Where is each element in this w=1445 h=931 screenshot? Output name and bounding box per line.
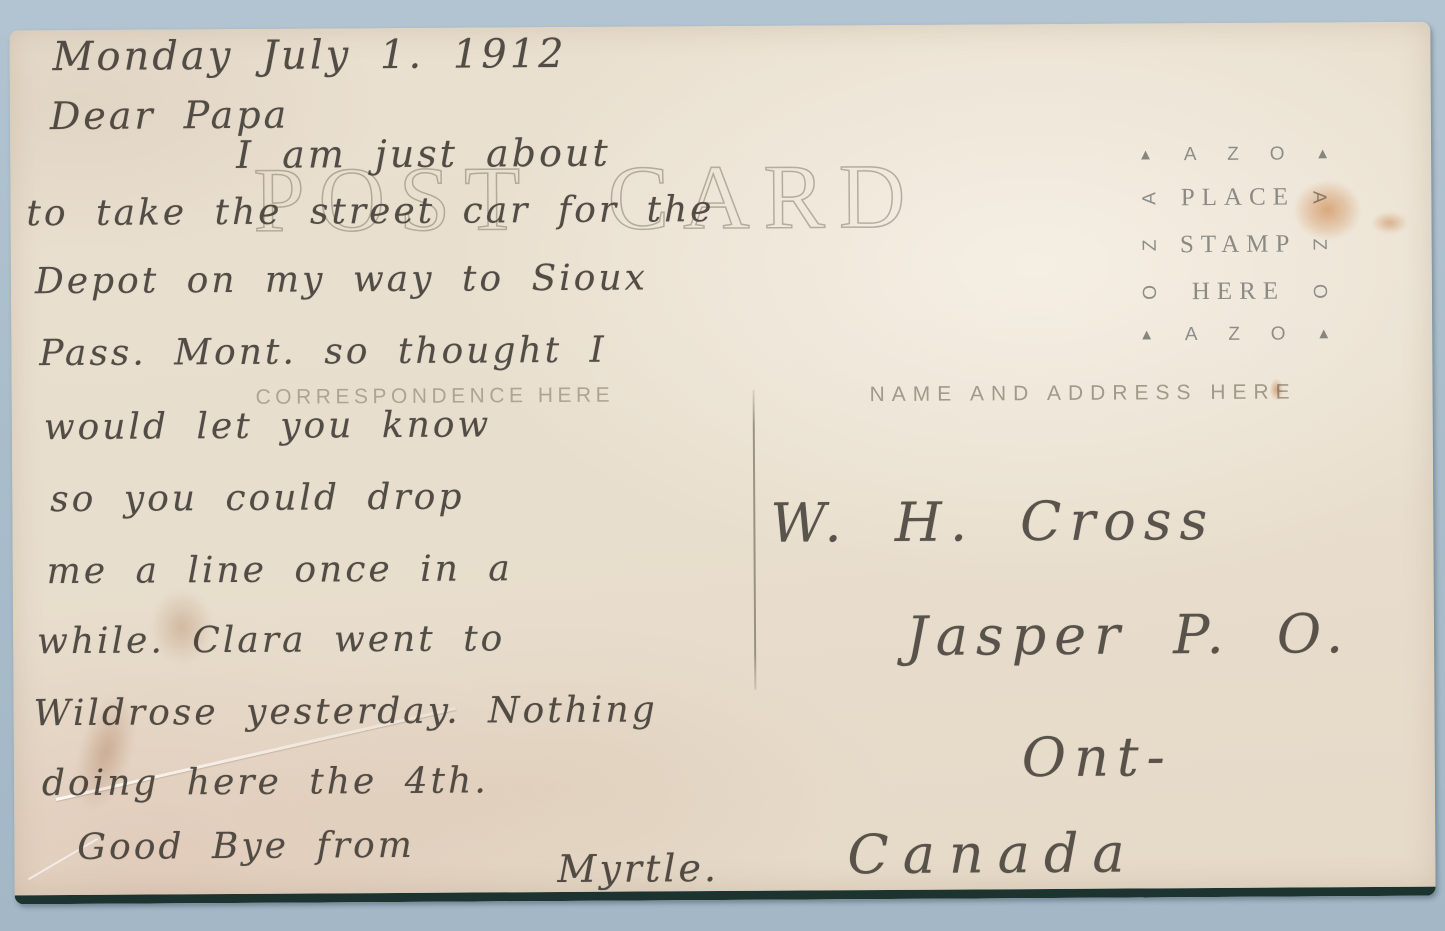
address-country: Canada [847, 821, 1139, 886]
handwritten-signature: Myrtle. [557, 846, 719, 891]
handwritten-message-line: to take the street car for the [26, 189, 714, 234]
handwritten-message-line: me a line once in a [47, 548, 513, 592]
handwritten-closing: Good Bye from [77, 825, 415, 868]
stamp-box-row-here: O HERE O [1137, 277, 1333, 306]
handwritten-message-line: doing here the 4th. [42, 760, 489, 804]
handwritten-message-line: would let you know [44, 404, 492, 448]
handwritten-message-line: Depot on my way to Sioux [35, 257, 648, 302]
place-stamp-here-word: HERE [1185, 278, 1285, 307]
triangle-icon: ▲ [1139, 325, 1154, 345]
azo-letter: Z [1228, 325, 1240, 345]
handwritten-message-line: Pass. Mont. so thought I [39, 330, 607, 374]
name-and-address-here-label: NAME AND ADDRESS HERE [870, 380, 1297, 407]
handwritten-message-line: Wildrose yesterday. Nothing [33, 689, 657, 734]
azo-letter: Z [1308, 232, 1330, 256]
azo-letter: A [1307, 185, 1329, 209]
azo-letter: O [1271, 325, 1286, 345]
azo-letter: O [1308, 279, 1330, 303]
azo-letter: O [1140, 280, 1162, 304]
address-post-office: Jasper P. O. [906, 602, 1351, 668]
scanned-postcard-image: POST CARD CORRESPONDENCE HERE NAME AND A… [0, 0, 1445, 931]
orange-stain-small [1371, 212, 1407, 234]
azo-stamp-box: ▲ A Z O ▲ A PLACE A Z STAMP Z O HERE O [1136, 144, 1333, 345]
azo-letter: A [1139, 186, 1161, 210]
handwritten-message-line: while. Clara went to [37, 618, 505, 662]
azo-letter: A [1184, 145, 1197, 165]
triangle-icon: ▲ [1316, 324, 1331, 344]
stamp-box-bottom-row: ▲ A Z O ▲ [1137, 324, 1333, 345]
message-address-divider-line [753, 390, 757, 690]
handwritten-message-line: so you could drop [50, 477, 464, 521]
azo-letter: O [1270, 145, 1285, 165]
place-stamp-here-word: PLACE [1174, 183, 1295, 212]
azo-letter: Z [1140, 233, 1162, 257]
azo-letter: Z [1227, 145, 1239, 165]
place-stamp-here-word: STAMP [1173, 230, 1297, 259]
address-province: Ont- [1022, 725, 1173, 789]
stamp-box-row-place: A PLACE A [1136, 183, 1332, 212]
handwritten-date-line: Monday July 1. 1912 [52, 31, 566, 80]
stamp-box-top-row: ▲ A Z O ▲ [1136, 144, 1332, 165]
triangle-icon: ▲ [1138, 145, 1153, 165]
stamp-box-row-stamp: Z STAMP Z [1137, 230, 1333, 259]
handwritten-message-line: I am just about [236, 131, 611, 177]
handwritten-salutation: Dear Papa [50, 93, 290, 138]
triangle-icon: ▲ [1315, 144, 1330, 164]
address-recipient-name: W. H. Cross [770, 489, 1215, 555]
azo-letter: A [1185, 325, 1198, 345]
postcard-back: POST CARD CORRESPONDENCE HERE NAME AND A… [9, 22, 1435, 905]
